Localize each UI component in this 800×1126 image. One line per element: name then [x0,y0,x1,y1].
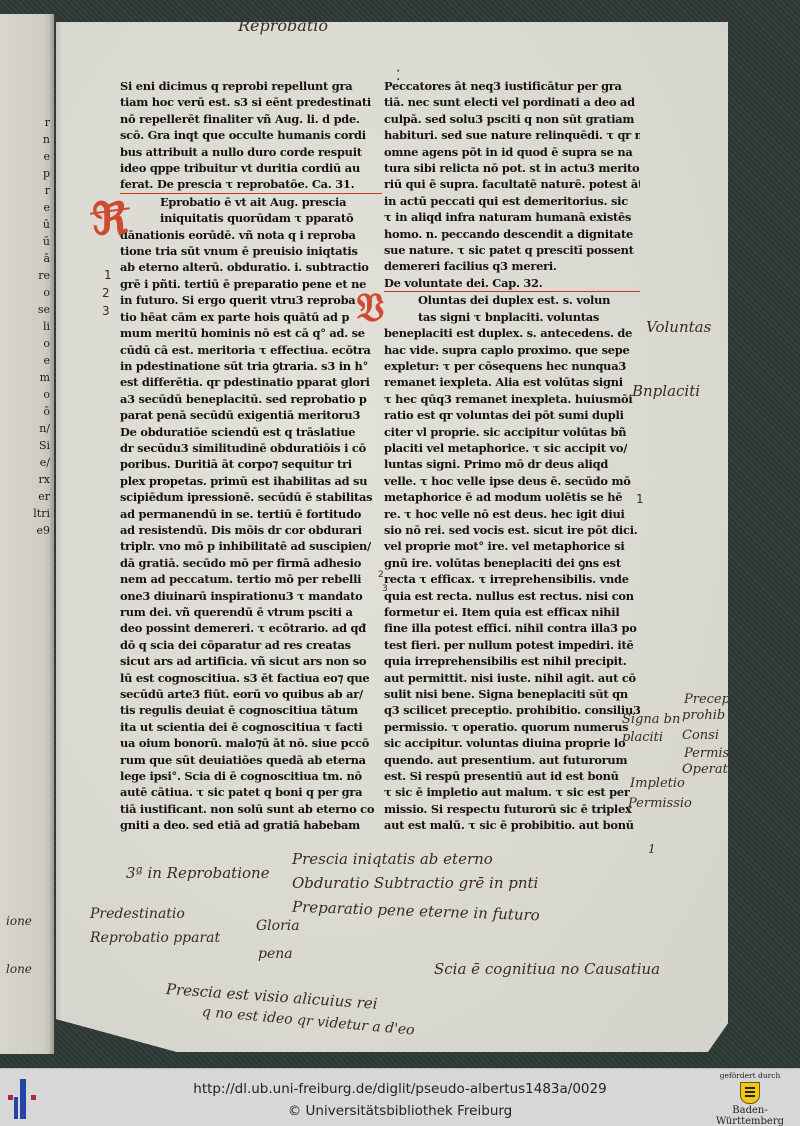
text-line: dā gratiā. secūdo mō per firmā adhesio [120,555,382,571]
text-line: autē cātiua. τ sic patet q boni q per gr… [120,784,382,800]
text-line: omne agens pōt in id quod ē supra se na [384,144,640,160]
permalink-url[interactable]: http://dl.ub.uni-freiburg.de/diglit/pseu… [0,1081,800,1097]
text-line: τ in aliqd infra naturam humanā existēs [384,209,640,225]
left-page-char: o [2,284,50,301]
text-line: quendo. aut presentium. aut futurorum [384,752,640,768]
bottom-note: q no est ideo qr videtur a d'eo [201,1004,415,1039]
text-line: ratio est qr voluntas dei pōt sumi dupli [384,407,640,423]
left-page-char: e9 [2,522,50,539]
text-column-left: Si eni dicimus q reprobi repellunt grati… [120,78,382,834]
text-line: vel proprie mot° ire. vel metaphorice si [384,538,640,554]
text-line: ad permanendū in se. tertiū ē fortitudo [120,506,382,522]
text-line: sulit nisi bene. Signa beneplaciti sūt q… [384,686,640,702]
text-line: tiā. nec sunt electi vel pordinati a deo… [384,94,640,110]
text-line: formetur ei. Item quia est efficax nihil [384,604,640,620]
left-page-char: Si [2,437,50,454]
text-line: a3 secūdū beneplacitū. sed reprobatio p [120,391,382,407]
text-line: Eprobatio ē vt ait Aug. prescia [120,194,382,210]
text-line: rum dei. vñ querendū ē vtrum psciti a [120,604,382,620]
manuscript-page: Reprobatio ⁚ Si eni dicimus q reprobi re… [56,22,728,1052]
bottom-note: Prescia iniqtatis ab eterno [292,850,493,868]
text-line: plex propetas. primū est ihabilitas ad s… [120,473,382,489]
margin-number: 1 [104,268,112,282]
red-initial-r: ℜ [92,194,128,245]
margin-number: 2 [102,286,110,300]
text-line: tio hēat cām ex parte hois quātū ad p [120,309,382,325]
margin-note: Precep [684,692,730,707]
left-page-char: e [2,352,50,369]
left-page-text: rnepreūūāreoselioemoōn/Sie/rxerltrie9 [2,114,50,539]
left-page-char: ō [2,403,50,420]
left-page-char: li [2,318,50,335]
margin-number: 3 [102,304,110,318]
text-line: sic accipitur. voluntas diuina proprie l… [384,735,640,751]
margin-note: Voluntas [646,318,711,336]
left-page-char: e [2,199,50,216]
margin-note: Signa bn [622,712,680,727]
text-line: sicut ars ad artificia. vñ sicut ars non… [120,653,382,669]
text-line: secūdū arte3 fiūt. eorū vo quibus ab ar/ [120,686,382,702]
bottom-note: Predestinatio [90,906,185,922]
text-column-right: Peccatores āt neq3 iustificātur per grat… [384,78,640,834]
text-line: gniti a deo. sed etiā ad gratiā habebam [120,817,382,833]
margin-note: placiti [622,730,663,745]
left-page-char: ltri [2,505,50,522]
text-line: est differētia. qr pdestinatio pparat gl… [120,374,382,390]
sponsor-badge: gefördert durch Baden-Württemberg [712,1071,788,1126]
bottom-note: Reprobatio pparat [90,930,220,946]
text-line: mum meritū hominis nō est cā q° ad. se [120,325,382,341]
left-page-char: n [2,131,50,148]
margin-note: 1 [648,842,656,856]
margin-note: Impletio [630,776,685,791]
left-page-char: rx [2,471,50,488]
text-line: ad resistendū. Dis mōis dr cor obdurari [120,522,382,538]
text-line: luntas signi. Primo mō dr deus aliqd [384,456,640,472]
text-line: lū est cognoscitiua. s3 ēt factiua eo⁊ q… [120,670,382,686]
footer-bar: http://dl.ub.uni-freiburg.de/diglit/pseu… [0,1068,800,1126]
text-line: nō repellerēt finaliter vñ Aug. li. d pd… [120,111,382,127]
left-page-note: ione [6,914,32,928]
text-line: scipiēdum ipressionē. secūdū ē stabilita… [120,489,382,505]
coat-of-arms-icon [740,1082,760,1104]
text-line: cūdū cā est. meritoria τ effectiua. ecōt… [120,342,382,358]
left-page-char: ā [2,250,50,267]
margin-note: Consi [682,728,719,743]
text-line: grē i pñti. tertiū ē preparatio pene et … [120,276,382,292]
left-page-char: er [2,488,50,505]
text-line: remanet iexpleta. Alia est volūtas signi [384,374,640,390]
text-line: De obduratiōe sciendū est q trāslatiue [120,424,382,440]
margin-note: Bnplaciti [632,382,700,400]
text-line: demereri facilius q3 mereri. [384,258,640,274]
text-line: permissio. τ operatio. quorum numerus [384,719,640,735]
margin-note: Permissio [628,796,692,811]
text-line: triplr. vno mō p inhibilitatē ad suscipi… [120,538,382,554]
text-line: rum que sūt deuiatiōes quedā ab eterna [120,752,382,768]
left-page-char: p [2,165,50,182]
copyright-notice: © Universitätsbibliothek Freiburg [0,1103,800,1119]
sponsor-label: gefördert durch [712,1071,788,1080]
text-line: missio. Si respectu futurorū sic ē tripl… [384,801,640,817]
margin-note: Operat [682,762,728,777]
left-page-note: lone [6,962,32,976]
text-line: riū qui ē supra. facultatē naturē. potes… [384,176,640,192]
text-line: dō q scia dei cōparatur ad res creatas [120,637,382,653]
text-line: ab eterno alterū. obduratio. i. subtract… [120,259,382,275]
red-initial-v: 𝔙 [356,284,384,331]
text-line: poribus. Duritiā āt corpo⁊ sequitur tri [120,456,382,472]
text-line: citer vl proprie. sic accipitur volūtas … [384,424,640,440]
text-line: sue nature. τ sic patet q prescitī posse… [384,242,640,258]
text-line: ferat. De prescia τ reprobatōe. Ca. 31. [120,176,382,193]
text-line: culpā. sed solu3 psciti q non sūt gratia… [384,111,640,127]
left-page-char: re [2,267,50,284]
bottom-note: pena [258,946,293,962]
text-line: tiam hoc verū est. s3 si eēnt predestina… [120,94,382,110]
left-page-char: o [2,335,50,352]
text-line: hac vide. supra caplo proximo. que sepe [384,342,640,358]
text-line: homo. n. peccando descendit a dignitate [384,226,640,242]
text-line: ideo qppe tribuitur vt duritia cordiū au [120,160,382,176]
text-line: re. τ hoc velle nō est deus. hec igit di… [384,506,640,522]
text-line: dānationis eorūdē. vñ nota q i reproba [120,227,382,243]
bottom-note: Gloria [256,918,300,934]
margin-number: 2 [378,570,384,580]
text-line: expletur: τ per cōsequens hec nunqua3 [384,358,640,374]
text-line: ita ut scientia dei ē cognoscitiua τ fac… [120,719,382,735]
left-page-char: ū [2,216,50,233]
text-line: in pdestinatione sūt tria ꝯtraria. s3 in… [120,358,382,374]
left-page-char: se [2,301,50,318]
text-line: lege ipsi°. Scia di ē cognoscitiua tm. n… [120,768,382,784]
text-line: iniquitatis quorūdam τ pparatō [120,210,382,226]
text-line: ua oium bonorū. malo⁊ū āt nō. siue pccō [120,735,382,751]
margin-number: 1 [636,492,644,506]
text-line: test fieri. per nullum potest impediri. … [384,637,640,653]
text-line: tis regulis deuiat ē cognoscitiua tātum [120,702,382,718]
bottom-note: Scia ē cognitiua no Causatiua [434,960,660,978]
left-page-char: ū [2,233,50,250]
bottom-note: Obduratio Subtractio grē in pnti [292,874,538,892]
text-line: quia est recta. nullus est rectus. nisi … [384,588,640,604]
text-line: in actū peccati qui est demeritorius. si… [384,193,640,209]
margin-note: prohib [682,708,725,723]
text-line: τ sic ē impletio aut malum. τ sic est pe… [384,784,640,800]
text-line: in futuro. Si ergo querit vtru3 reproba [120,292,382,308]
text-line: velle. τ hoc velle ipse deus ē. secūdo m… [384,473,640,489]
text-line: τ hec qūq3 remanet inexpleta. huiusmōi [384,391,640,407]
text-line: est. Si respū presentiū aut id est bonū [384,768,640,784]
text-line: tura sibi relicta nō pot. st in actu3 me… [384,160,640,176]
left-page-char: e/ [2,454,50,471]
left-page-char: o [2,386,50,403]
text-line: Oluntas dei duplex est. s. volun [384,292,640,308]
left-page-char: r [2,182,50,199]
text-line: scō. Gra inqt que occulte humanis cordi [120,127,382,143]
text-line: metaphorice ē ad modum uolētis se hē [384,489,640,505]
text-line: Si eni dicimus q reprobi repellunt gra [120,78,382,94]
text-line: one3 diuinarū inspirationu3 τ mandato [120,588,382,604]
left-page-char: e [2,148,50,165]
text-line: gnū ire. volūtas beneplaciti dei ꝯns est [384,555,640,571]
text-line: parat penā secūdū exigentiā meritoru3 [120,407,382,423]
text-line: habituri. sed sue nature relinquēdi. τ q… [384,127,640,143]
sponsor-name: Baden-Württemberg [712,1105,788,1126]
text-line: tione tria sūt vnum ē preuisio iniqtatis [120,243,382,259]
bottom-note: Prescia est visio alicuius rei [165,980,378,1013]
text-line: nem ad peccatum. tertio mō per rebelli [120,571,382,587]
left-page-char: n/ [2,420,50,437]
text-line: tas signi τ bnplaciti. voluntas [384,309,640,325]
text-line: aut est malū. τ sic ē probibitio. aut bo… [384,817,640,833]
text-line: dr secūdu3 similitudinē obduratiōis i cō [120,440,382,456]
text-line: beneplaciti est duplex. s. antecedens. d… [384,325,640,341]
text-line: placiti vel metaphorice. τ sic accipit v… [384,440,640,456]
bottom-note: Preparatio pene eterne in futuro [292,898,540,925]
left-page-char: r [2,114,50,131]
text-line: deo possint demereri. τ ecōtrario. ad qđ [120,620,382,636]
left-page-char: m [2,369,50,386]
text-line: quia irreprehensibilis est nihil precipi… [384,653,640,669]
text-line: bus attribuit a nullo duro corde respuit [120,144,382,160]
bottom-note: 3ª in Reprobatione [126,864,270,882]
text-line: fine illa potest effici. nihil contra il… [384,620,640,636]
margin-note: Permis [684,746,729,761]
left-page-fragment: rnepreūūāreoselioemoōn/Sie/rxerltrie9 io… [0,14,54,1054]
text-line: aut permittit. nisi iuste. nihil agit. a… [384,670,640,686]
text-line: Peccatores āt neq3 iustificātur per gra [384,78,640,94]
margin-number: 3 [382,584,388,594]
text-line: q3 scilicet preceptio. prohibitio. consi… [384,702,640,718]
text-line: sio nō rei. sed vocis est. sicut ire pōt… [384,522,640,538]
text-line: recta τ efficax. τ irreprehensibilis. vn… [384,571,640,587]
text-line: tiā iustificant. non solū sunt ab eterno… [120,801,382,817]
text-line: De voluntate dei. Cap. 32. [384,275,640,292]
